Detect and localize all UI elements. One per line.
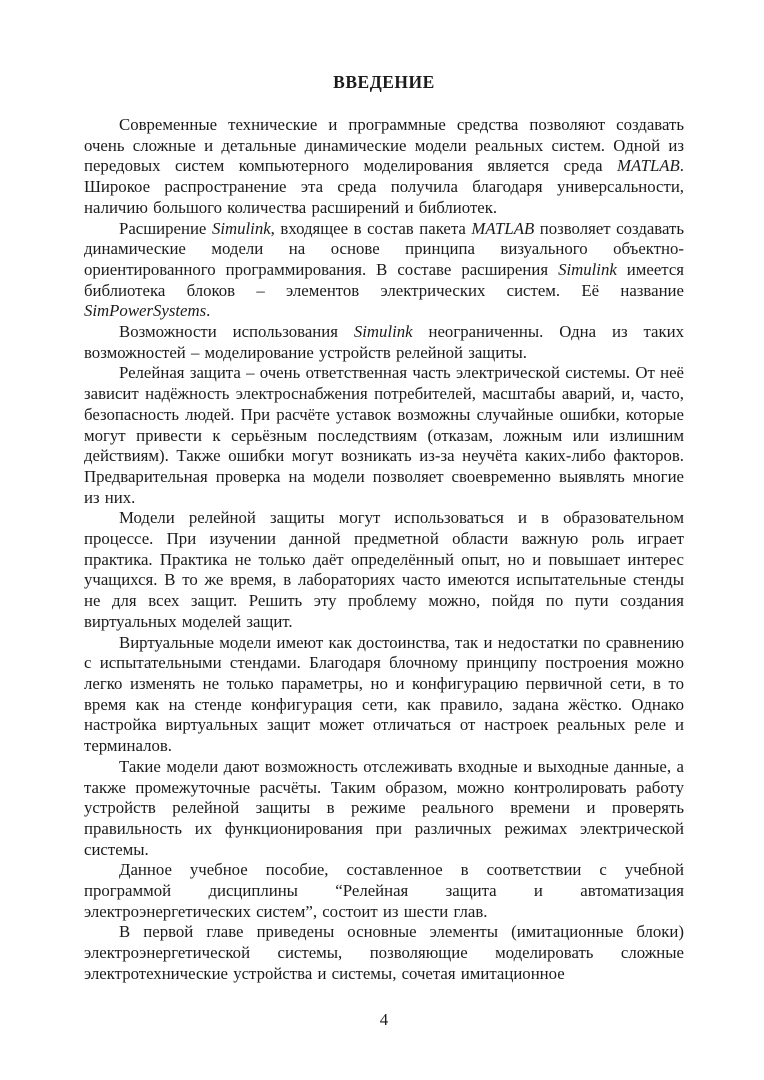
chapter-title: ВВЕДЕНИЕ xyxy=(84,72,684,93)
paragraph: В первой главе приведены основные элемен… xyxy=(84,922,684,984)
paragraph: Современные технические и программные ср… xyxy=(84,115,684,219)
paragraph: Данное учебное пособие, составленное в с… xyxy=(84,860,684,922)
paragraph: Виртуальные модели имеют как достоинства… xyxy=(84,633,684,757)
document-page: ВВЕДЕНИЕ Современные технические и прогр… xyxy=(0,0,764,1080)
paragraph: Релейная защита – очень ответственная ча… xyxy=(84,363,684,508)
paragraph: Такие модели дают возможность отслеживат… xyxy=(84,757,684,861)
page-content: ВВЕДЕНИЕ Современные технические и прогр… xyxy=(84,72,684,985)
paragraph: Возможности использования Simulink неогр… xyxy=(84,322,684,363)
paragraph: Модели релейной защиты могут использоват… xyxy=(84,508,684,632)
page-number: 4 xyxy=(84,1010,684,1030)
paragraph: Расширение Simulink, входящее в состав п… xyxy=(84,219,684,323)
body-text: Современные технические и программные ср… xyxy=(84,115,684,985)
